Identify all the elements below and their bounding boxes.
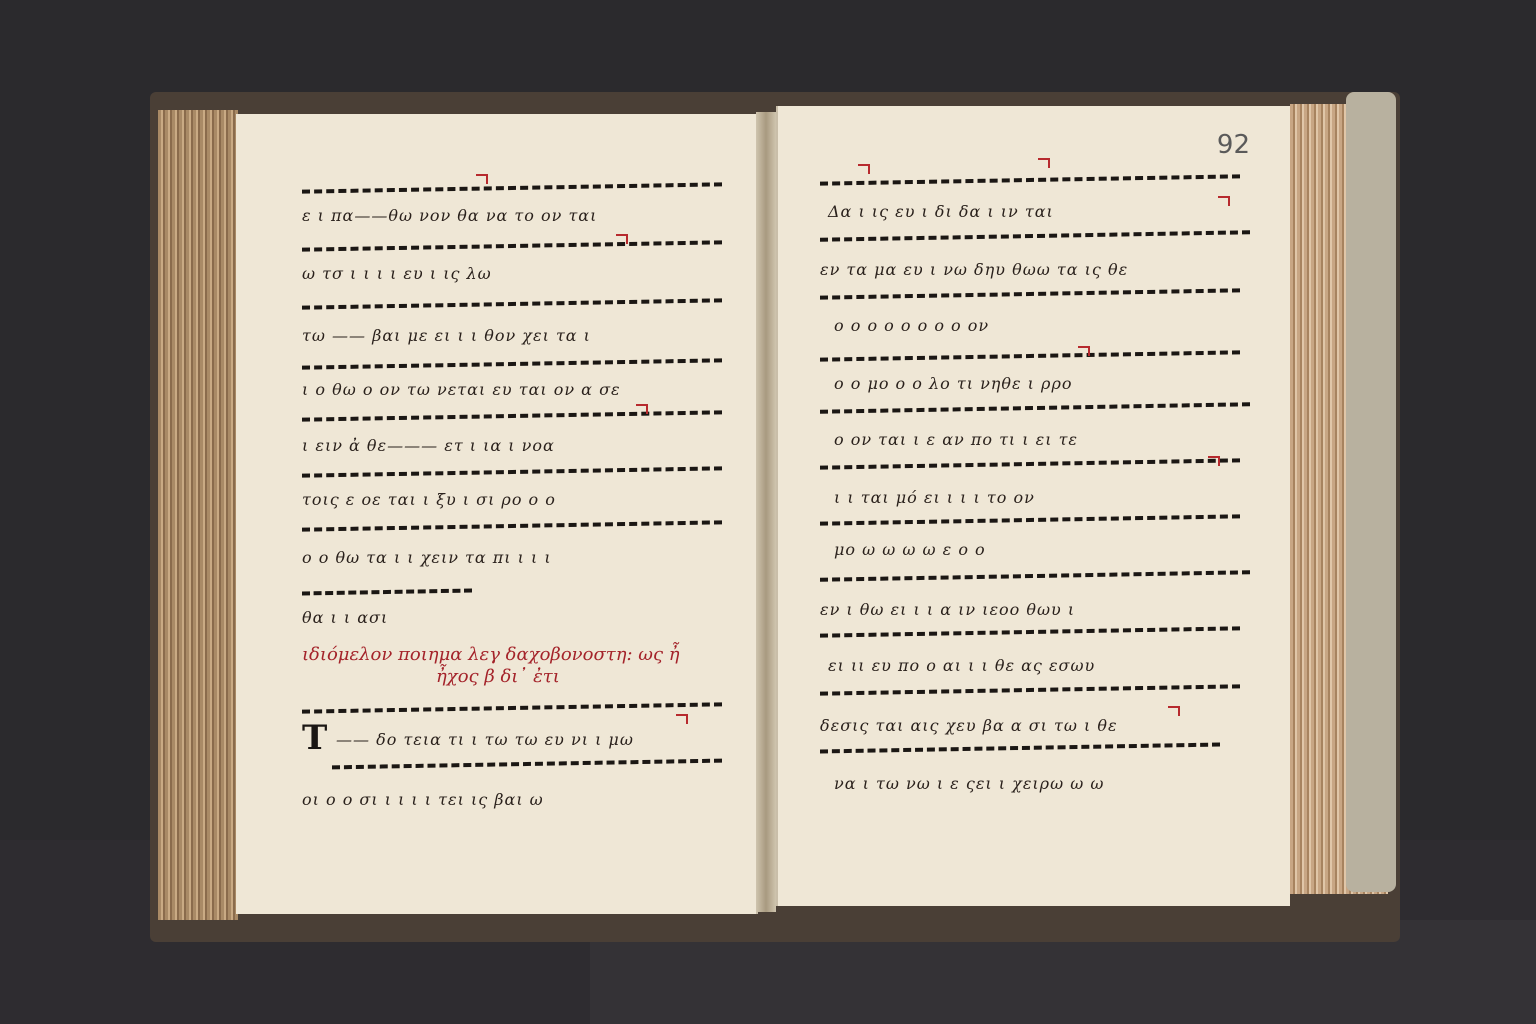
- lyric-line: να ι τω νω ι ε ςει ι χειρω ω ω: [834, 774, 1104, 793]
- neume-line: [302, 589, 472, 604]
- neume-line: [302, 358, 722, 377]
- neume-line: [820, 458, 1240, 477]
- lyric-line: εν τα μα ευ ι νω δηυ θωω τα ις θε: [820, 260, 1128, 279]
- rubric-heading: ιδιόμελον ποιημα λεγ δαχοβονοστη: ως ἦ: [302, 644, 680, 665]
- red-neume-mark: [1038, 158, 1050, 168]
- lyric-line: ι ι ται μό ει ι ι ι το ον: [834, 488, 1035, 507]
- lyric-line: ε ι πα——θω νον θα να το ον ται: [302, 206, 597, 225]
- lyric-line: μο ω ω ω ω ε ο ο: [834, 540, 986, 559]
- lyric-line: τω —— βαι με ει ι ι θον χει τα ι: [302, 326, 591, 345]
- red-neume-mark: [1218, 196, 1230, 206]
- decorated-initial: Τ: [302, 718, 327, 758]
- lyric-line: δεσις ται αις χευ βα α σι τω ι θε: [820, 716, 1118, 735]
- lyric-line: εν ι θω ει ι ι α ιν ιεοο θωυ ι: [820, 600, 1075, 619]
- red-neume-mark: [1078, 346, 1090, 356]
- neume-line: [820, 230, 1250, 250]
- neume-line: [820, 570, 1250, 590]
- neume-line: [302, 240, 722, 259]
- book-gutter: [756, 112, 776, 912]
- neume-line: [820, 350, 1240, 369]
- red-neume-mark: [1168, 706, 1180, 716]
- neume-line: [302, 702, 722, 721]
- neume-line: [820, 402, 1250, 422]
- neume-line: [302, 182, 722, 201]
- open-manuscript: ε ι πα——θω νον θα να το ον ται ω τσ ι ι …: [150, 92, 1400, 942]
- right-page: 92 Δα ι ις ευ ι δι δα ι ιν ται εν τα μα …: [776, 106, 1290, 906]
- lyric-line: Δα ι ις ευ ι δι δα ι ιν ται: [828, 202, 1054, 221]
- rubric-mode: ἦχος β δι᾽ ἐτι: [436, 666, 560, 687]
- neume-line: [820, 174, 1240, 193]
- neume-line: [820, 626, 1240, 645]
- lyric-line: ο ον ται ι ε αν πο τι ι ει τε: [834, 430, 1078, 449]
- neume-line: [332, 759, 722, 778]
- neume-line: [820, 514, 1240, 533]
- left-page-edges: [158, 110, 238, 920]
- lyric-line: ω τσ ι ι ι ι ευ ι ις λω: [302, 264, 492, 283]
- red-neume-mark: [676, 714, 688, 724]
- neume-line: [302, 520, 722, 539]
- folio-number: 92: [1217, 130, 1250, 160]
- lyric-line: ο ο ο ο ο ο ο ο ον: [834, 316, 989, 335]
- red-neume-mark: [636, 404, 648, 414]
- lyric-line: ι ο θω ο ον τω νεται ευ ται ον α σε: [302, 380, 621, 399]
- neume-line: [302, 298, 722, 317]
- lyric-line: ο ο θω τα ι ι χειν τα πι ι ι ι: [302, 548, 552, 567]
- neume-line: [302, 466, 722, 485]
- red-neume-mark: [476, 174, 488, 184]
- lyric-line: θα ι ι ασι: [302, 608, 388, 627]
- red-neume-mark: [858, 164, 870, 174]
- red-neume-mark: [1208, 456, 1220, 466]
- neume-line: [820, 288, 1240, 307]
- lyric-line: ι ειν ἀ θε——— ετ ι ια ι νοα: [302, 436, 555, 455]
- neume-line: [820, 743, 1220, 762]
- lyric-line: —— δο τεια τι ι τω τω ευ νι ι μω: [336, 730, 634, 749]
- lyric-line: τοις ε οε ται ι ξυ ι σι ρο ο ο: [302, 490, 556, 509]
- neume-line: [820, 684, 1240, 703]
- lyric-line: οι ο ο σι ι ι ι ι τει ις βαι ω: [302, 790, 544, 809]
- left-page: ε ι πα——θω νον θα να το ον ται ω τσ ι ι …: [236, 114, 758, 914]
- neume-line: [302, 410, 722, 429]
- lyric-line: ο ο μο ο ο λο τι νηθε ι ρρο: [834, 374, 1072, 393]
- red-neume-mark: [616, 234, 628, 244]
- book-spine: [1346, 92, 1396, 892]
- lyric-line: ει ιι ευ πο ο αι ι ι θε ας εσωυ: [828, 656, 1095, 675]
